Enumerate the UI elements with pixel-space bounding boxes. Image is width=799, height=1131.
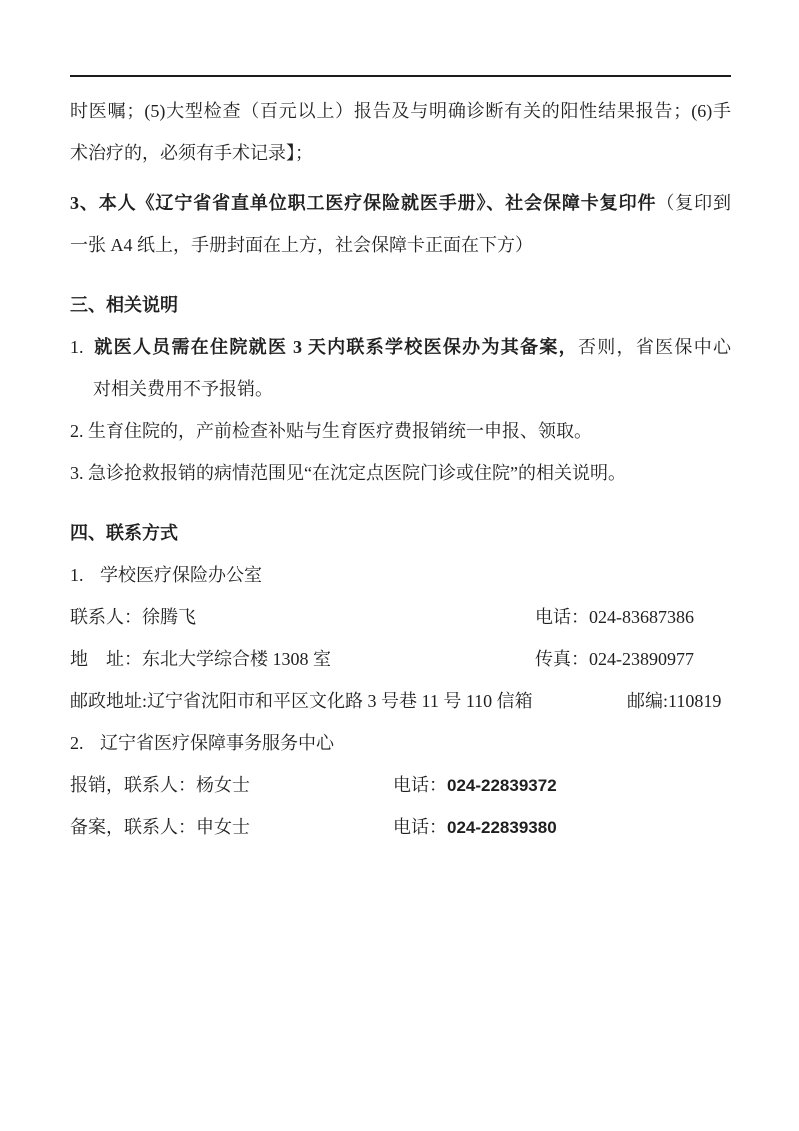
office2-title: 2.辽宁省医疗保障事务服务中心 xyxy=(70,722,731,764)
note-item-1-line1: 1.就医人员需在住院就医 3 天内联系学校医保办为其备案，否则，省医保中心 xyxy=(70,326,731,368)
office1-name: 学校医疗保险办公室 xyxy=(100,565,262,585)
document-page: 时医嘱；(5)大型检查（百元以上）报告及与明确诊断有关的阳性结果报告；(6)手 … xyxy=(0,0,799,1131)
section-heading-contacts: 四、联系方式 xyxy=(70,512,731,554)
note-item-1-number: 1. xyxy=(70,326,93,368)
item3-copy-requirement-line1: 3、本人《辽宁省省直单位职工医疗保险就医手册》、社会保障卡复印件（复印到 xyxy=(70,182,731,224)
office1-address: 地 址：东北大学综合楼 1308 室 xyxy=(70,649,331,669)
section-heading-notes: 三、相关说明 xyxy=(70,284,731,326)
note-item-1-line2: 对相关费用不予报销。 xyxy=(93,368,731,410)
office2-number: 2. xyxy=(70,722,100,764)
office2-reimbursement-row: 报销，联系人：杨女士 电话：024-22839372 xyxy=(70,764,731,806)
note-item-3: 3. 急诊抢救报销的病情范围见“在沈定点医院门诊或住院”的相关说明。 xyxy=(70,452,731,494)
office2-reimbursement-phone-label: 电话： xyxy=(393,775,447,795)
item3-copy-requirement-line2: 一张 A4 纸上，手册封面在上方，社会保障卡正面在下方） xyxy=(70,224,731,266)
note-item-1-regular-text: 否则，省医保中心 xyxy=(578,337,731,357)
office1-address-row: 地 址：东北大学综合楼 1308 室 传真：024-23890977 xyxy=(70,638,731,680)
office2-record-phone-label: 电话： xyxy=(393,817,447,837)
office2-name: 辽宁省医疗保障事务服务中心 xyxy=(100,733,334,753)
header-rule xyxy=(70,75,731,77)
office1-fax: 传真：024-23890977 xyxy=(535,638,694,680)
office2-reimbursement-phone: 电话：024-22839372 xyxy=(393,764,557,807)
office1-phone: 电话：024-83687386 xyxy=(535,596,694,638)
office2-record-phone: 电话：024-22839380 xyxy=(393,806,557,849)
note-item-2: 2. 生育住院的，产前检查补贴与生育医疗费报销统一申报、领取。 xyxy=(70,410,731,452)
note-item-1-bold-text: 就医人员需在住院就医 3 天内联系学校医保办为其备案， xyxy=(93,337,578,357)
office2-record-contact: 备案，联系人：申女士 xyxy=(70,817,250,837)
office1-contact-person: 联系人：徐腾飞 xyxy=(70,607,196,627)
office1-title: 1.学校医疗保险办公室 xyxy=(70,554,731,596)
item3-bold-text: 3、本人《辽宁省省直单位职工医疗保险就医手册》、社会保障卡复印件 xyxy=(70,193,656,213)
office2-reimbursement-phone-number: 024-22839372 xyxy=(447,776,557,795)
office1-postal-address: 邮政地址:辽宁省沈阳市和平区文化路 3 号巷 11 号 110 信箱 xyxy=(70,691,533,711)
paragraph-medical-orders-line1: 时医嘱；(5)大型检查（百元以上）报告及与明确诊断有关的阳性结果报告；(6)手 xyxy=(70,90,731,132)
office1-zip-code: 邮编:110819 xyxy=(627,680,721,722)
paragraph-medical-orders-line2: 术治疗的，必须有手术记录】； xyxy=(70,132,731,174)
office1-postal-row: 邮政地址:辽宁省沈阳市和平区文化路 3 号巷 11 号 110 信箱 邮编:11… xyxy=(70,680,731,722)
item3-regular-text: （复印到 xyxy=(656,193,731,213)
document-content: 时医嘱；(5)大型检查（百元以上）报告及与明确诊断有关的阳性结果报告；(6)手 … xyxy=(70,90,731,848)
office1-number: 1. xyxy=(70,554,100,596)
office2-record-row: 备案，联系人：申女士 电话：024-22839380 xyxy=(70,806,731,848)
office2-record-phone-number: 024-22839380 xyxy=(447,818,557,837)
office2-reimbursement-contact: 报销，联系人：杨女士 xyxy=(70,775,250,795)
office1-contact-row: 联系人：徐腾飞 电话：024-83687386 xyxy=(70,596,731,638)
